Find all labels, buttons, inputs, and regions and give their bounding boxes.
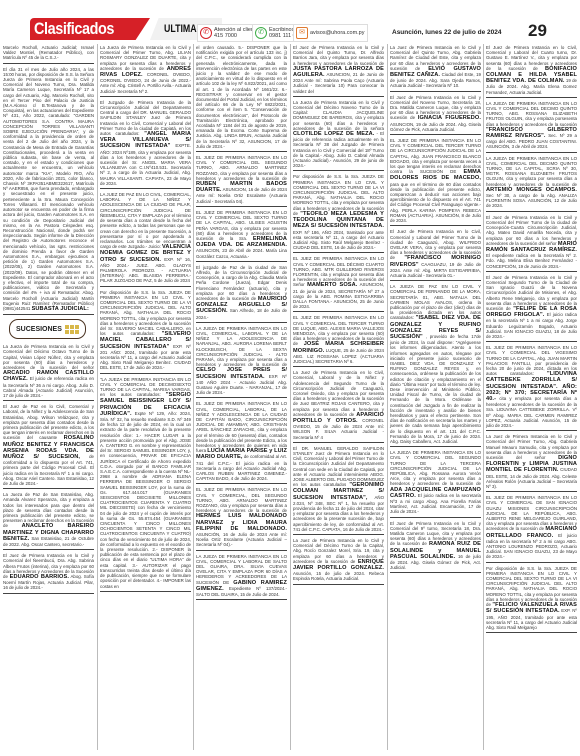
- ad-footer: Expte Nº 129, Año: 2024, Sria. Nº 32, ha…: [100, 411, 191, 589]
- classified-ad: El Juez de Primera Instancia en lo Civil…: [486, 44, 577, 98]
- page-number: 29: [528, 21, 547, 41]
- classified-ad: El Juez de Primera Instancia en lo Civil…: [486, 214, 577, 272]
- ad-body: Por disposición de S.S. la Sra. JUEZA DE…: [486, 566, 577, 607]
- brand-prefix: ULTIMA: [164, 23, 197, 35]
- ad-footer: AÑO 2.024, Nº 348, SEC Nº 1, ha resuelto…: [293, 495, 384, 532]
- classified-ad: El DR. MANUEL GERALDO SAIFILDIN STANLEY …: [293, 445, 384, 535]
- classified-ad: EL JUEZ DE PRIMERA INSTANCIA EN LO CIVIL…: [486, 344, 577, 431]
- classified-ad: La Jueza de Primera Instancia en lo Civi…: [293, 99, 384, 172]
- ad-body: La Jueza de Primera Instancia en lo Civi…: [293, 100, 384, 131]
- ad-body: EL JUEZ DE PRIMERA INSTANCIA EN LO CIVIL…: [196, 155, 287, 181]
- classified-ad: Marcelo Rocholl, Actuario Judicial; Isma…: [3, 44, 94, 64]
- classified-ad: EL JUEZ DE PRIMERA INSTANCIA EN LO CIVIL…: [196, 209, 287, 262]
- ad-body: Por disposición de S.S. la Sra. JUEZA DE…: [100, 290, 191, 337]
- classified-ad: LA JUEZA DE PRIMERA INSTANCIA EN LO CIVI…: [486, 155, 577, 212]
- classified-ad: La Jueza de Primera Instancia en lo Civi…: [3, 343, 94, 401]
- classified-ad: LA JUEZA DE PRIMERA INSTANCIA EN LO CIVI…: [390, 449, 481, 517]
- column-2: La Jueza de Primera Instancia en lo Civi…: [100, 44, 191, 594]
- ad-body: El DR. MANUEL GERALDO SAIFILDIN STANLEY …: [293, 446, 384, 487]
- ad-body: EL JUEZ DE PRIMERA INSTANCIA EN LO CIVIL…: [196, 487, 287, 513]
- ad-body: La Jueza de Primera Instancia en lo Civi…: [3, 344, 94, 370]
- classified-ad: EL JUEZ DE PRIMERA INSTANCIA EN LO CIVIL…: [196, 154, 287, 207]
- classified-ad: EL JUEZ DE PRIMERA INSTANCIA EN LO CIVIL…: [390, 137, 481, 226]
- classified-ad: La Jueza de Paz de San Estanislao, Abg. …: [3, 491, 94, 550]
- ad-body: El día 31 el mes de Julio año 2024, a la…: [3, 67, 94, 311]
- classified-ad: Por disposición de S.S. la Sra. JUEZA DE…: [293, 173, 384, 253]
- column-divider: [97, 44, 98, 750]
- classified-ad: EL JUEZ DE PRIMERA INSTANCIA EN LO CIVIL…: [486, 494, 577, 562]
- classified-ad: El Juez de Primera Instancia en lo Civil…: [3, 552, 94, 593]
- classified-ad: LA JUEZA DE PRIMERA INSTANCIA EN LO CIVI…: [196, 325, 287, 399]
- ad-body: Por disposición de S.S. la Sra. JUEZA DE…: [293, 174, 384, 215]
- ad-headline: MAMERTO SOSA.: [307, 282, 357, 288]
- column-3: el orden causado. 5.- DISPONER que la no…: [196, 44, 287, 602]
- email-address: avisos@uhora.com.py: [310, 30, 365, 36]
- ad-headline: EDUARDO BARRIOS.: [10, 574, 69, 580]
- classified-ad: El Juez de Primera Instancia en lo Civil…: [390, 94, 481, 135]
- ad-body: EL JUEZ DE PRIMERA INSTANCIA EN LO CIVIL…: [196, 401, 287, 453]
- classified-ad: El Juez de Primera Instancia en lo Civil…: [390, 228, 481, 281]
- classified-ad: EL JUEZ DE PRIMERA INSTANCIA EN LO CIVIL…: [293, 314, 384, 367]
- ad-body: El Juez de Primera Instancia en lo Civil…: [293, 45, 384, 66]
- column-4: El Juez de Primera Instancia en lo Civil…: [293, 44, 384, 587]
- ad-footer: , proveído de fecha 17de junio de 2024, …: [390, 334, 481, 444]
- column-divider: [193, 44, 194, 750]
- family-icon: [65, 325, 79, 334]
- classified-ad: El juzgado de Paz de la ciudad de San Al…: [196, 264, 287, 323]
- classified-ad: El día 31 el mes de Julio año 2024, a la…: [3, 66, 94, 316]
- ad-footer: ASUNCION, 19 de Julio de 2024. Abg. Gise…: [390, 122, 481, 132]
- column-divider: [483, 44, 484, 750]
- classified-ad: "LA JUEZA DE PRIMERA INSTANCIA EN LO CIV…: [100, 376, 191, 592]
- classified-ad: El Juez de Primera Instancia en lo Civil…: [293, 44, 384, 97]
- envelope-icon: ✉: [296, 27, 308, 39]
- ad-body: La Juez de Primera Instancia en lo Civil…: [293, 370, 384, 417]
- classified-ad: La Juez de Primera Instancia en lo Civil…: [486, 433, 577, 492]
- column-6: El Juez de Primera Instancia en lo Civil…: [486, 44, 577, 635]
- ad-footer: ASUNCION, 23 de Abril de 2024. María Lin…: [196, 248, 287, 258]
- classified-ad: Por disposición de S.S. la Sra. JUEZA DE…: [486, 565, 577, 633]
- classified-ad: El Juez de Primera Instancia en lo Civil…: [486, 274, 577, 342]
- page-header: Clasificados ULTIMAHORA ✆ Atención al cl…: [0, 0, 580, 40]
- ad-footer: Sec Nº 30, a cargo de la Abg. ANALIZA FL…: [486, 193, 577, 208]
- ad-headline: CLOTILDE LOPEZ DE MEZA.: [293, 131, 374, 137]
- column-divider: [290, 44, 291, 750]
- ad-footer: EXP. Nº 186, AÑO 2024, tramitado por ant…: [293, 230, 384, 251]
- ad-footer: cita y emplaza por sesenta días a herede…: [486, 396, 577, 428]
- email-contact: ✉ avisos@uhora.com.py: [293, 24, 368, 42]
- classified-ad: La Juez de Primera Instancia en lo Civil…: [293, 369, 384, 443]
- ad-footer: El expediente radica en la Secretaría Nº…: [486, 253, 577, 268]
- ad-headline: "TEOFILO MEZA LEDESMA Y TEODOLINA QUINTA…: [293, 211, 384, 229]
- column-5: La Juez de Primera Instancia en lo Civil…: [390, 44, 481, 575]
- classified-ad: La Jueza de Primera Instancia en lo Civi…: [100, 44, 191, 97]
- ad-body: LA JUEZA DE PRIMERA INSTANCIA EN LO CIVI…: [486, 101, 577, 127]
- classified-ad: La Juez de Primera Instancia en lo Civil…: [293, 537, 384, 585]
- classified-ad: EL JUEZ DE PRIMERA INSTANCIA EN LO CIVIL…: [293, 255, 384, 312]
- ad-body: LA JUEZ DE PAZ EN LO CIVIL, COMERCIAL, L…: [100, 192, 191, 249]
- classified-ad: LA JUEZA DE PAZ EN LO CIVIL Y COMERCIAL …: [390, 283, 481, 447]
- issue-date: Asunción, lunes 22 de julio de 2024: [392, 29, 501, 36]
- ad-body: el orden causado. 5.- DISPONER que la no…: [196, 45, 287, 149]
- classified-ad: LA JUEZ DE PAZ EN LO CIVIL, COMERCIAL, L…: [100, 191, 191, 286]
- ad-footer: EXPTE. AÑO: 2024 Nº189, cita y emplaza p…: [100, 143, 191, 185]
- ad-footer: ASUNCIÓN, 16 de Julio de 2024 Ante mí: N…: [196, 532, 287, 547]
- sucesiones-section-badge: SUCESIONES: [9, 319, 86, 339]
- classified-ad: el orden causado. 5.- DISPONER que la no…: [196, 44, 287, 152]
- classified-ad: El Juez de Paz en lo Civil, Comercial y …: [3, 403, 94, 489]
- phone-icon: ✆: [200, 27, 212, 39]
- classified-ad: EL JUEZ DE PRIMERA INSTANCIA EN LO CIVIL…: [196, 400, 287, 484]
- classified-ad: El Juzgado de Primera Instancia de la Ci…: [100, 99, 191, 189]
- ad-headline: SUBASTA JUDICIAL:: [32, 306, 89, 312]
- classified-ad: EL JUEZ DE PRIMERA INSTANCIA EN LO CIVIL…: [196, 486, 287, 550]
- ad-headline: IGNACIA FIGUEREDO.: [418, 115, 481, 121]
- classified-ad: Por disposición de S.S. la Sra. JUEZA DE…: [100, 289, 191, 374]
- section-title: Clasificados: [34, 19, 114, 39]
- ad-body: LA JUEZA DE PRIMERA INSTANCIA EN LO CIVI…: [390, 450, 481, 486]
- phone-number: 415 7000: [214, 33, 237, 39]
- ad-body: Marcelo Rocholl, Actuario Judicial; Isma…: [3, 45, 94, 60]
- ad-headline: ARTEMIO MONGES OCAMPOS.: [486, 187, 577, 193]
- whatsapp-icon: ✆: [255, 27, 267, 39]
- ad-headline: HERMES LUIS MALDONADO NARVAEZ y LIDIA MA…: [196, 513, 287, 531]
- ad-footer: Asunción, 15 de julio de 2024. Rebeca Es…: [293, 571, 384, 581]
- section-badge-label: SUCESIONES: [16, 327, 62, 332]
- column-divider: [387, 44, 388, 750]
- column-1: Marcelo Rocholl, Actuario Judicial; Isma…: [3, 44, 94, 596]
- classified-ad: LA JUEZA DE PRIMERA INSTANCIA EN LO CIVI…: [486, 100, 577, 153]
- ad-body: LA JUEZA DE PRIMERA INSTANCIA EN LO CIVI…: [486, 156, 577, 187]
- classified-ad: LA JUEZA DE PRIMERA INSTANCIA EN LO CIVI…: [196, 553, 287, 601]
- section-banner: Clasificados: [30, 18, 150, 40]
- ad-footer: - El juicio de referencia radica actualm…: [293, 131, 384, 168]
- ad-footer: para que en el término de 60 días contad…: [390, 182, 481, 223]
- ad-body: LA JUEZA DE PRIMERA INSTANCIA EN LO CIVI…: [196, 326, 287, 367]
- classified-ad: El Juez de Primera Instancia en lo Civil…: [390, 520, 481, 574]
- classified-ad: La Juez de Primera Instancia en lo Civil…: [390, 44, 481, 92]
